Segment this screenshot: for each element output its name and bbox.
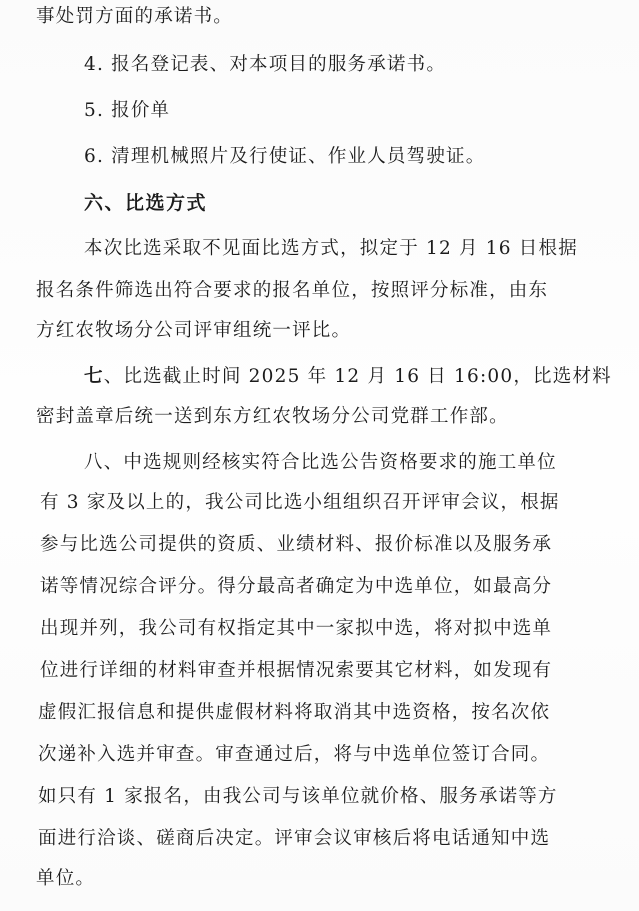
section8-line-3: 参与比选公司提供的资质、业绩材料、报价标准以及服务承 [40,534,552,556]
section6-line-1: 本次比选采取不见面比选方式，拟定于 12 月 16 日根据 [84,238,578,260]
section8-line-1: 八、中选规则经核实符合比选公告资格要求的施工单位 [84,452,557,474]
section-heading-7: 七 [84,366,104,387]
section8-line-4: 诺等情况综合评分。得分最高者确定为中选单位，如最高分 [40,576,552,598]
section8-line-7: 虚假汇报信息和提供虚假材料将取消其中选资格，按名次依 [38,702,550,724]
section6-line-2: 报名条件筛选出符合要求的报名单位，按照评分标准，由东 [36,280,548,302]
document-page: 事处罚方面的承诺书。 4. 报名登记表、对本项目的服务承诺书。 5. 报价单 6… [0,0,639,911]
text-line-continuation: 事处罚方面的承诺书。 [36,6,233,28]
section8-line-8: 次递补入选并审查。审查通过后，将与中选单位签订合同。 [38,744,550,766]
section8-line-9: 如只有 1 家报名，由我公司与该单位就价格、服务承诺等方 [38,786,558,808]
list-item-6: 6. 清理机械照片及行使证、作业人员驾驶证。 [84,146,485,168]
section8-line-5: 出现并列，我公司有权指定其中一家拟中选，将对拟中选单 [40,618,552,640]
section8-line-11: 单位。 [36,868,95,890]
section7-line-1-text: 、比选截止时间 2025 年 12 月 16 日 16:00，比选材料 [104,366,612,387]
list-item-4: 4. 报名登记表、对本项目的服务承诺书。 [84,54,446,76]
section7-line-1: 七、比选截止时间 2025 年 12 月 16 日 16:00，比选材料 [84,366,612,388]
section-heading-6: 六、比选方式 [84,192,207,214]
section8-line-6: 位进行详细的材料审查并根据情况索要其它材料，如发现有 [40,660,552,682]
section8-line-10: 面进行洽谈、磋商后决定。评审会议审核后将电话通知中选 [38,828,550,850]
section8-line-2: 有 3 家及以上的，我公司比选小组组织召开评审会议，根据 [40,492,560,514]
section7-line-2: 密封盖章后统一送到东方红农牧场分公司党群工作部。 [36,406,509,428]
section6-line-3: 方红农牧场分公司评审组统一评比。 [36,320,351,342]
list-item-5: 5. 报价单 [84,100,170,122]
